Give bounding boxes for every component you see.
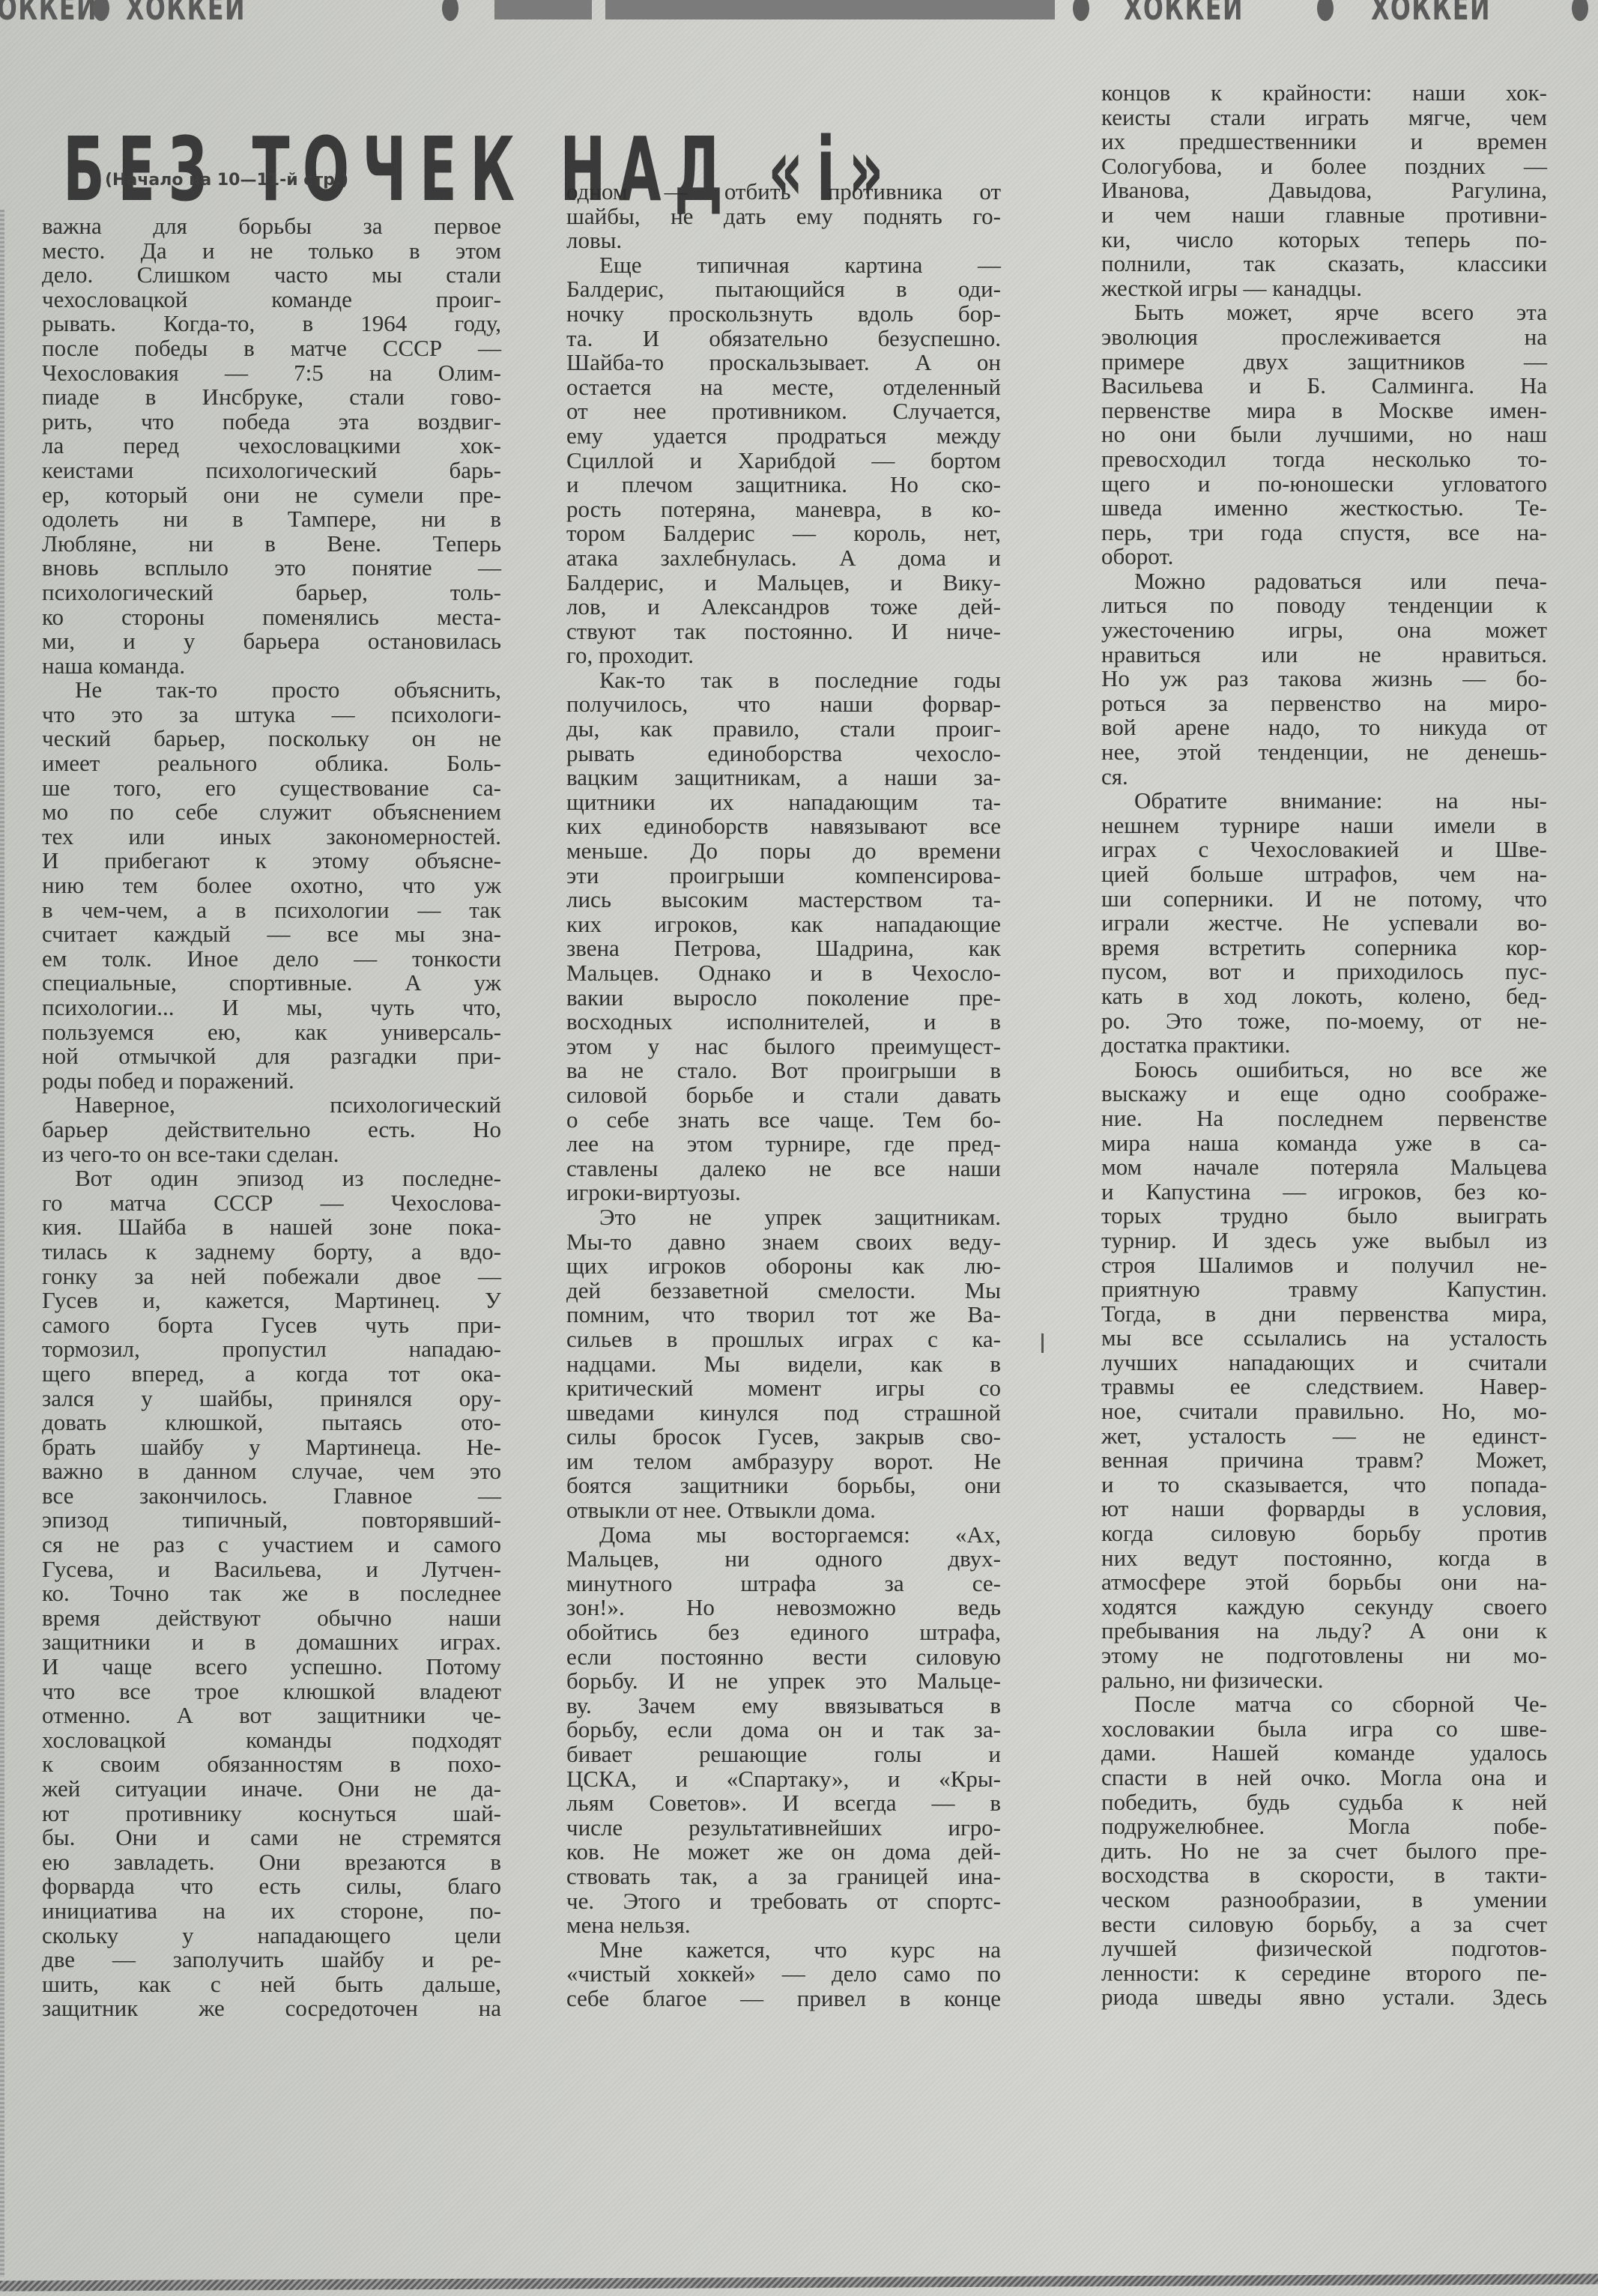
article-text-line: ческий барьер, поскольку он не (42, 727, 501, 751)
article-text-line: пользуемся ею, как универсаль- (42, 1020, 501, 1045)
article-text-line: «чистый хоккей» — дело само по (566, 1962, 1001, 1987)
article-text-line: тором Балдерис — король, нет, (566, 521, 1001, 546)
article-text-line: рить, что победа эта воздвиг- (42, 410, 501, 434)
article-text-line: им телом амбразуру ворот. Не (566, 1450, 1001, 1474)
article-text-line: подружелюбнее. Могла побе- (1101, 1814, 1547, 1839)
article-text-line: шведами кинулся под страшной (566, 1401, 1001, 1426)
article-text-line: одолеть ни в Тампере, ни в (42, 507, 501, 532)
article-text-line: критический момент игры со (566, 1376, 1001, 1401)
article-text-line: игроки-виртуозы. (566, 1181, 1001, 1205)
article-text-line: восходства в скорости, в такти- (1101, 1863, 1547, 1888)
article-text-line: ер, который они не сумели пре- (42, 483, 501, 508)
article-text-line: тормозил, пропустил нападаю- (42, 1337, 501, 1362)
newspaper-page: ХОККЕЙ ХОККЕЙ ХОККЕЙ ХОККЕЙ БЕЗ ТОЧЕК НА… (0, 0, 1598, 2296)
article-text-line: защитник же сосредоточен на (42, 1996, 501, 2021)
article-text-line: ют наши форварды в условия, (1101, 1497, 1547, 1521)
article-text-line: отвыкли от нее. Отвыкли дома. (566, 1498, 1001, 1523)
article-text-line: Гусева, и Васильева, и Лутчен- (42, 1557, 501, 1582)
article-text-line: ему удается продраться между (566, 424, 1001, 449)
article-text-line: Сологубова, и более поздних — (1101, 154, 1547, 179)
page-left-edge (0, 210, 4, 2277)
article-text-line: ужесточению игры, она может (1101, 618, 1547, 643)
article-text-line: и чем наши главные противни- (1101, 203, 1547, 228)
bottom-rule (0, 2274, 1598, 2291)
article-text-line: полнили, так сказать, классики (1101, 252, 1547, 276)
article-text-line: Вот один эпизод из последне- (42, 1166, 501, 1191)
article-text-line: них ведут постоянно, когда в (1101, 1546, 1547, 1571)
article-text-line: спасти в ней очко. Могла она и (1101, 1766, 1547, 1790)
rubric-bar (605, 0, 1055, 19)
article-text-line: мом начале потеряла Мальцева (1101, 1155, 1547, 1180)
article-text-line: цией больше штрафов, чем на- (1101, 862, 1547, 887)
article-text-line: барьер действительно есть. Но (42, 1118, 501, 1142)
section-rubric-band: ХОККЕЙ ХОККЕЙ ХОККЕЙ ХОККЕЙ (0, 0, 1598, 25)
article-text-line: Мне кажется, что курс на (566, 1938, 1001, 1963)
article-text-line: примере двух защитников — (1101, 350, 1547, 375)
article-text-line: ют противнику коснуться шай- (42, 1802, 501, 1826)
article-text-line: превосходил тогда несколько то- (1101, 447, 1547, 472)
rubric-bullet-icon (1572, 0, 1588, 21)
article-text-line: пребывания на льду? А они к (1101, 1619, 1547, 1644)
article-text-line: звена Петрова, Шадрина, как (566, 936, 1001, 961)
article-text-line: дами. Нашей команде удалось (1101, 1741, 1547, 1766)
article-text-line: достатка практики. (1101, 1033, 1547, 1058)
article-text-line: пусом, вот и приходилось пус- (1101, 960, 1547, 984)
article-text-line: мира наша команда уже в са- (1101, 1131, 1547, 1156)
article-text-line: вести силовую борьбу, а за счет (1101, 1912, 1547, 1937)
article-text-line: Мальцев. Однако и в Чехосло- (566, 961, 1001, 986)
article-text-line: специальные, спортивные. А уж (42, 971, 501, 996)
article-text-line: Но уж раз такова жизнь — бо- (1101, 667, 1547, 691)
article-text-line: Как-то так в последние годы (566, 668, 1001, 693)
article-text-line: кия. Шайба в нашей зоне пока- (42, 1215, 501, 1240)
article-text-line: ловы. (566, 228, 1001, 253)
article-text-line: кать в ход локоть, колено, бед- (1101, 984, 1547, 1009)
article-text-line: время встретить соперника кор- (1101, 936, 1547, 960)
article-text-line: жей ситуации иначе. Они не да- (42, 1777, 501, 1802)
article-text-line: время действуют обычно наши (42, 1606, 501, 1631)
article-text-line: довать клюшкой, пытаясь ото- (42, 1411, 501, 1435)
article-text-line: приятную травму Капустин. (1101, 1277, 1547, 1302)
article-text-line: важно в данном случае, чем это (42, 1459, 501, 1484)
rubric-bullet-icon (1317, 0, 1334, 21)
article-text-line: шить, как с ней быть дальше, (42, 1972, 501, 1997)
article-text-line: форварда что есть силы, благо (42, 1874, 501, 1899)
article-text-line: мена нельзя. (566, 1913, 1001, 1938)
article-text-line: го, проходит. (566, 643, 1001, 668)
rubric-bar (494, 0, 592, 19)
article-text-line: вновь всплыло это понятие — (42, 556, 501, 581)
article-text-line: нее, этой тенденции, не денешь- (1101, 740, 1547, 765)
article-text-line: к своим обязанностям в похо- (42, 1752, 501, 1777)
article-text-line: ние. На последнем первенстве (1101, 1106, 1547, 1131)
article-text-line: Наверное, психологический (42, 1093, 501, 1118)
article-text-line: Мы-то давно знаем своих веду- (566, 1230, 1001, 1255)
article-text-line: остается на месте, отделенный (566, 375, 1001, 400)
article-text-line: надцами. Мы видели, как в (566, 1352, 1001, 1377)
article-text-line: борьбу. И не упрек это Мальце- (566, 1669, 1001, 1694)
article-text-line: ва не стало. Вот проигрыши в (566, 1058, 1001, 1083)
article-text-line: этому не подготовлены ни мо- (1101, 1644, 1547, 1668)
article-text-line: че. Этого и требовать от спортс- (566, 1889, 1001, 1914)
article-text-line: ши соперники. И не потому, что (1101, 887, 1547, 912)
article-text-line: Это не упрек защитникам. (566, 1205, 1001, 1230)
article-text-line: борьбу, если дома он и так за- (566, 1718, 1001, 1742)
article-text-line: защитники и в домашних играх. (42, 1630, 501, 1655)
article-text-line: инициатива на их стороне, по- (42, 1899, 501, 1924)
article-text-line: дить. Но не за счет былого пре- (1101, 1839, 1547, 1864)
article-text-line: Дома мы восторгаемся: «Ах, (566, 1523, 1001, 1548)
article-text-line: атака захлебнулась. А дома и (566, 546, 1001, 571)
article-text-line: восходных исполнителей, и в (566, 1010, 1001, 1035)
article-text-line: нешнем турнире наши имели в (1101, 814, 1547, 838)
article-text-line: ной отмычкой для разгадки при- (42, 1044, 501, 1069)
article-text-line: Гусев и, кажется, Мартинец. У (42, 1288, 501, 1313)
article-text-line: жесткой игры — канадцы. (1101, 276, 1547, 301)
article-text-line: зался у шайбы, принялся ору- (42, 1387, 501, 1411)
article-column-3: концов к крайности: наши хок-кеисты стал… (1101, 81, 1547, 2010)
article-text-line: вакии выросло поколение пре- (566, 986, 1001, 1011)
article-text-line: лее на этом турнире, где пред- (566, 1132, 1001, 1157)
article-text-line: ми, и у барьера остановилась (42, 629, 501, 654)
rubric-bullet-icon (1073, 0, 1089, 21)
article-text-line: психологии... И мы, чуть что, (42, 996, 501, 1020)
article-text-line: дей беззаветной смелости. Мы (566, 1279, 1001, 1303)
article-text-line: та. И обязательно безуспешно. (566, 327, 1001, 351)
article-text-line: жет, усталость — не единст- (1101, 1424, 1547, 1449)
article-text-line: лучших нападающих и считали (1101, 1351, 1547, 1375)
article-text-line: Тогда, в дни первенства мира, (1101, 1302, 1547, 1327)
article-text-line: Мальцев, ни одного двух- (566, 1547, 1001, 1572)
article-text-line: две — заполучить шайбу и ре- (42, 1948, 501, 1972)
article-text-line: щего и по-юношески угловатого (1101, 472, 1547, 497)
rubric-label: ХОККЕЙ (1124, 0, 1244, 25)
article-text-line: бы. Они и сами не стремятся (42, 1826, 501, 1850)
article-text-line: турнир. И здесь уже выбыл из (1101, 1229, 1547, 1253)
article-text-line: ву. Зачем ему ввязываться в (566, 1694, 1001, 1718)
article-text-line: ков. Не может же он дома дей- (566, 1840, 1001, 1865)
article-text-line: кеисты стали играть мягче, чем (1101, 106, 1547, 130)
article-text-line: когда силовую борьбу против (1101, 1521, 1547, 1546)
article-text-line: ро. Это тоже, по-моему, от не- (1101, 1009, 1547, 1034)
article-text-line: Балдерис, пытающийся в оди- (566, 277, 1001, 302)
article-text-line: Любляне, ни в Вене. Теперь (42, 532, 501, 557)
article-text-line: рально, ни физически. (1101, 1668, 1547, 1693)
article-text-line: важна для борьбы за первое (42, 214, 501, 239)
article-text-line: их предшественники и времен (1101, 130, 1547, 154)
article-text-line: играли жестче. Не успевали во- (1101, 911, 1547, 936)
article-text-line: Еще типичная картина — (566, 253, 1001, 278)
article-text-line: что все трое клюшкой владеют (42, 1679, 501, 1704)
article-text-line: самого борта Гусев чуть при- (42, 1313, 501, 1338)
article-text-line: И чаще всего успешно. Потому (42, 1655, 501, 1679)
article-text-line: Чехословакия — 7:5 на Олим- (42, 361, 501, 386)
article-text-line: играх с Чехословакией и Шве- (1101, 837, 1547, 862)
article-text-line: ки, число которых теперь по- (1101, 228, 1547, 252)
article-text-line: и то сказывается, что попада- (1101, 1473, 1547, 1497)
article-text-line: Можно радоваться или печа- (1101, 569, 1547, 594)
article-text-line: числе результативнейших игро- (566, 1816, 1001, 1841)
article-text-line: обойтись без единого штрафа, (566, 1620, 1001, 1645)
article-text-line: ких игроков, как нападающие (566, 912, 1001, 937)
article-text-line: помним, что творил тот же Ва- (566, 1303, 1001, 1327)
article-text-line: ставлены далеко не все наши (566, 1157, 1001, 1181)
article-text-line: После матча со сборной Че- (1101, 1692, 1547, 1717)
article-text-line: сильев в прошлых играх с ка- (566, 1327, 1001, 1352)
article-text-line: пиаде в Инсбруке, стали гово- (42, 385, 501, 410)
article-text-line: хословацкой команды подходят (42, 1728, 501, 1753)
article-text-line: минутного штрафа за се- (566, 1572, 1001, 1596)
article-text-line: оборот. (1101, 545, 1547, 569)
article-text-line: щитники их нападающим та- (566, 790, 1001, 815)
article-text-line: боятся защитники борьбы, они (566, 1473, 1001, 1498)
article-text-line: ко. Точно так же в последнее (42, 1581, 501, 1606)
article-text-line: шайбы, не дать ему поднять го- (566, 205, 1001, 229)
article-column-1: важна для борьбы за первоеместо. Да и не… (42, 214, 501, 2021)
article-text-line: меньше. До поры до времени (566, 839, 1001, 864)
article-text-line: мы все ссылались на усталость (1101, 1326, 1547, 1351)
rubric-bullet-icon (93, 0, 109, 21)
article-text-line: бивает решающие голы и (566, 1742, 1001, 1767)
article-text-line: эти проигрыши компенсирова- (566, 864, 1001, 888)
article-text-line: скольку у нападающего цели (42, 1924, 501, 1948)
article-text-line: шведа именно жесткостью. Те- (1101, 496, 1547, 521)
article-text-line: мо по себе служит объяснением (42, 800, 501, 825)
article-column-2: одном — отбить противника отшайбы, не да… (566, 180, 1001, 2011)
article-text-line: роться за первенство на миро- (1101, 691, 1547, 716)
article-text-line: лов, и Александров тоже дей- (566, 595, 1001, 620)
rubric-label: ХОККЕЙ (126, 0, 246, 25)
article-text-line: нию тем более охотно, что уж (42, 873, 501, 898)
article-text-line: считает каждый — все мы зна- (42, 922, 501, 947)
article-text-line: И прибегают к этому объясне- (42, 849, 501, 873)
continuation-note: (Начало на 10—11-й стр.) (105, 171, 348, 190)
article-text-line: венная причина травм? Может, (1101, 1448, 1547, 1473)
article-text-line: льям Советов». И всегда — в (566, 1791, 1001, 1816)
article-text-line: и Капустина — игроков, без ко- (1101, 1180, 1547, 1205)
article-text-line: Иванова, Давыдова, Рагулина, (1101, 178, 1547, 203)
article-text-line: силовой борьбе и стали давать (566, 1083, 1001, 1108)
article-text-line: Шайба-то проскальзывает. А он (566, 351, 1001, 375)
article-text-line: гонку за ней побежали двое — (42, 1264, 501, 1289)
article-text-line: роды побед и поражений. (42, 1069, 501, 1094)
article-text-line: тилась к заднему борту, а вдо- (42, 1240, 501, 1264)
article-text-line: литься по поводу тенденции к (1101, 593, 1547, 618)
article-text-line: ся не раз с участием и самого (42, 1533, 501, 1557)
article-text-line: хословакии была игра со шве- (1101, 1717, 1547, 1742)
article-text-line: ла перед чехословацкими хок- (42, 434, 501, 458)
rubric-bullet-icon (442, 0, 458, 21)
article-text-line: зон!». Но невозможно ведь (566, 1596, 1001, 1620)
article-text-line: атмосфере этой борьбы они на- (1101, 1570, 1547, 1595)
article-text-line: первенстве мира в Москве имен- (1101, 399, 1547, 423)
article-text-line: ся. (1101, 765, 1547, 790)
article-text-line: о себе знать все чаще. Тем бо- (566, 1108, 1001, 1133)
article-text-line: Не так-то просто объяснить, (42, 678, 501, 703)
article-text-line: место. Да и не только в этом (42, 239, 501, 264)
article-text-line: имеет реального облика. Боль- (42, 751, 501, 776)
article-text-line: ею завладеть. Они врезаются в (42, 1850, 501, 1875)
article-text-line: ше того, его существование са- (42, 776, 501, 801)
article-text-line: психологический барьер, толь- (42, 581, 501, 605)
article-text-line: что это за штука — психологи- (42, 703, 501, 727)
article-text-line: ко стороны поменялись места- (42, 605, 501, 630)
article-text-line: ды, как правило, стали проиг- (566, 717, 1001, 742)
article-text-line: строя Шалимов и получил не- (1101, 1253, 1547, 1278)
article-text-line: силы бросок Гусев, закрыв сво- (566, 1425, 1001, 1450)
article-text-line: получилось, что наши форвар- (566, 692, 1001, 717)
article-text-line: лучшей физической подготов- (1101, 1936, 1547, 1961)
article-text-line: Быть может, ярче всего эта (1101, 300, 1547, 325)
rubric-label: ХОККЕЙ (0, 0, 97, 25)
article-text-line: щего вперед, а когда тот ока- (42, 1362, 501, 1387)
article-text-line: этом у нас былого преимущест- (566, 1035, 1001, 1059)
article-text-line: ствовать так, а за границей ина- (566, 1865, 1001, 1889)
article-text-line: вой арене надо, то никуда от (1101, 715, 1547, 740)
article-text-line: эпизод типичный, повторявший- (42, 1508, 501, 1533)
article-text-line: нравиться или не нравиться. (1101, 643, 1547, 667)
article-text-line: ствуют так постоянно. И ниче- (566, 620, 1001, 644)
article-text-line: одном — отбить противника от (566, 180, 1001, 205)
article-text-line: Сциллой и Харибдой — бортом (566, 449, 1001, 473)
article-text-line: Боюсь ошибиться, но все же (1101, 1058, 1547, 1082)
article-text-line: в чем-чем, а в психологии — так (42, 898, 501, 923)
print-artifact (1041, 1333, 1044, 1353)
article-text-line: чехословацкой команде проиг- (42, 288, 501, 312)
article-text-line: ких единоборств навязывают все (566, 814, 1001, 839)
article-text-line: себе благое — привел в конце (566, 1987, 1001, 2011)
article-text-line: го матча СССР — Чехослова- (42, 1191, 501, 1216)
article-text-line: если постоянно вести силовую (566, 1645, 1001, 1670)
article-text-line: победить, будь судьба к ней (1101, 1790, 1547, 1815)
article-text-line: риода шведы явно устали. Здесь (1101, 1985, 1547, 2010)
article-text-line: ческом разнообразии, в умении (1101, 1888, 1547, 1912)
article-text-line: выскажу и еще одно соображе- (1101, 1082, 1547, 1106)
rubric-label: ХОККЕЙ (1371, 0, 1491, 25)
article-text-line: травмы ее следствием. Навер- (1101, 1375, 1547, 1399)
article-text-line: дело. Слишком часто мы стали (42, 263, 501, 288)
article-text-line: кеистами психологический барь- (42, 458, 501, 483)
article-text-line: ленности: к середине второго пе- (1101, 1961, 1547, 1986)
article-text-line: торых трудно было выиграть (1101, 1204, 1547, 1229)
article-text-line: тех или иных закономерностей. (42, 825, 501, 849)
article-text-line: рывать. Когда-то, в 1964 году, (42, 312, 501, 336)
article-text-line: из чего-то он все-таки сделан. (42, 1142, 501, 1167)
article-text-line: Балдерис, и Мальцев, и Вику- (566, 571, 1001, 596)
article-text-line: перь, три года спустя, все на- (1101, 521, 1547, 545)
article-text-line: ем толк. Иное дело — тонкости (42, 947, 501, 972)
article-text-line: Обратите внимание: на ны- (1101, 789, 1547, 814)
article-text-line: Васильева и Б. Салминга. На (1101, 374, 1547, 399)
article-text-line: наша команда. (42, 654, 501, 679)
article-text-line: ходятся каждую секунду своего (1101, 1595, 1547, 1620)
article-text-line: ное, считали правильно. Но, мо- (1101, 1399, 1547, 1424)
article-text-line: от нее противником. Случается, (566, 399, 1001, 424)
article-text-line: ЦСКА, и «Спартаку», и «Кры- (566, 1767, 1001, 1792)
article-text-line: ночку проскользнуть вдоль бор- (566, 302, 1001, 327)
article-text-line: щих игроков обороны как лю- (566, 1254, 1001, 1279)
article-text-line: отменно. А вот защитники че- (42, 1703, 501, 1728)
article-text-line: лись высоким мастерством та- (566, 888, 1001, 912)
article-text-line: рость потеряна, маневра, в ко- (566, 497, 1001, 522)
article-text-line: все закончилось. Главное — (42, 1484, 501, 1509)
article-text-line: концов к крайности: наши хок- (1101, 81, 1547, 106)
article-text-line: рывать единоборства чехосло- (566, 742, 1001, 766)
article-text-line: и плечом защитника. Но ско- (566, 473, 1001, 497)
article-text-line: но они были лучшими, но наш (1101, 422, 1547, 447)
article-text-line: после победы в матче СССР — (42, 336, 501, 361)
article-text-line: вацким защитникам, а наши за- (566, 766, 1001, 790)
article-text-line: брать шайбу у Мартинеца. Не- (42, 1435, 501, 1460)
article-text-line: эволюция прослеживается на (1101, 325, 1547, 350)
